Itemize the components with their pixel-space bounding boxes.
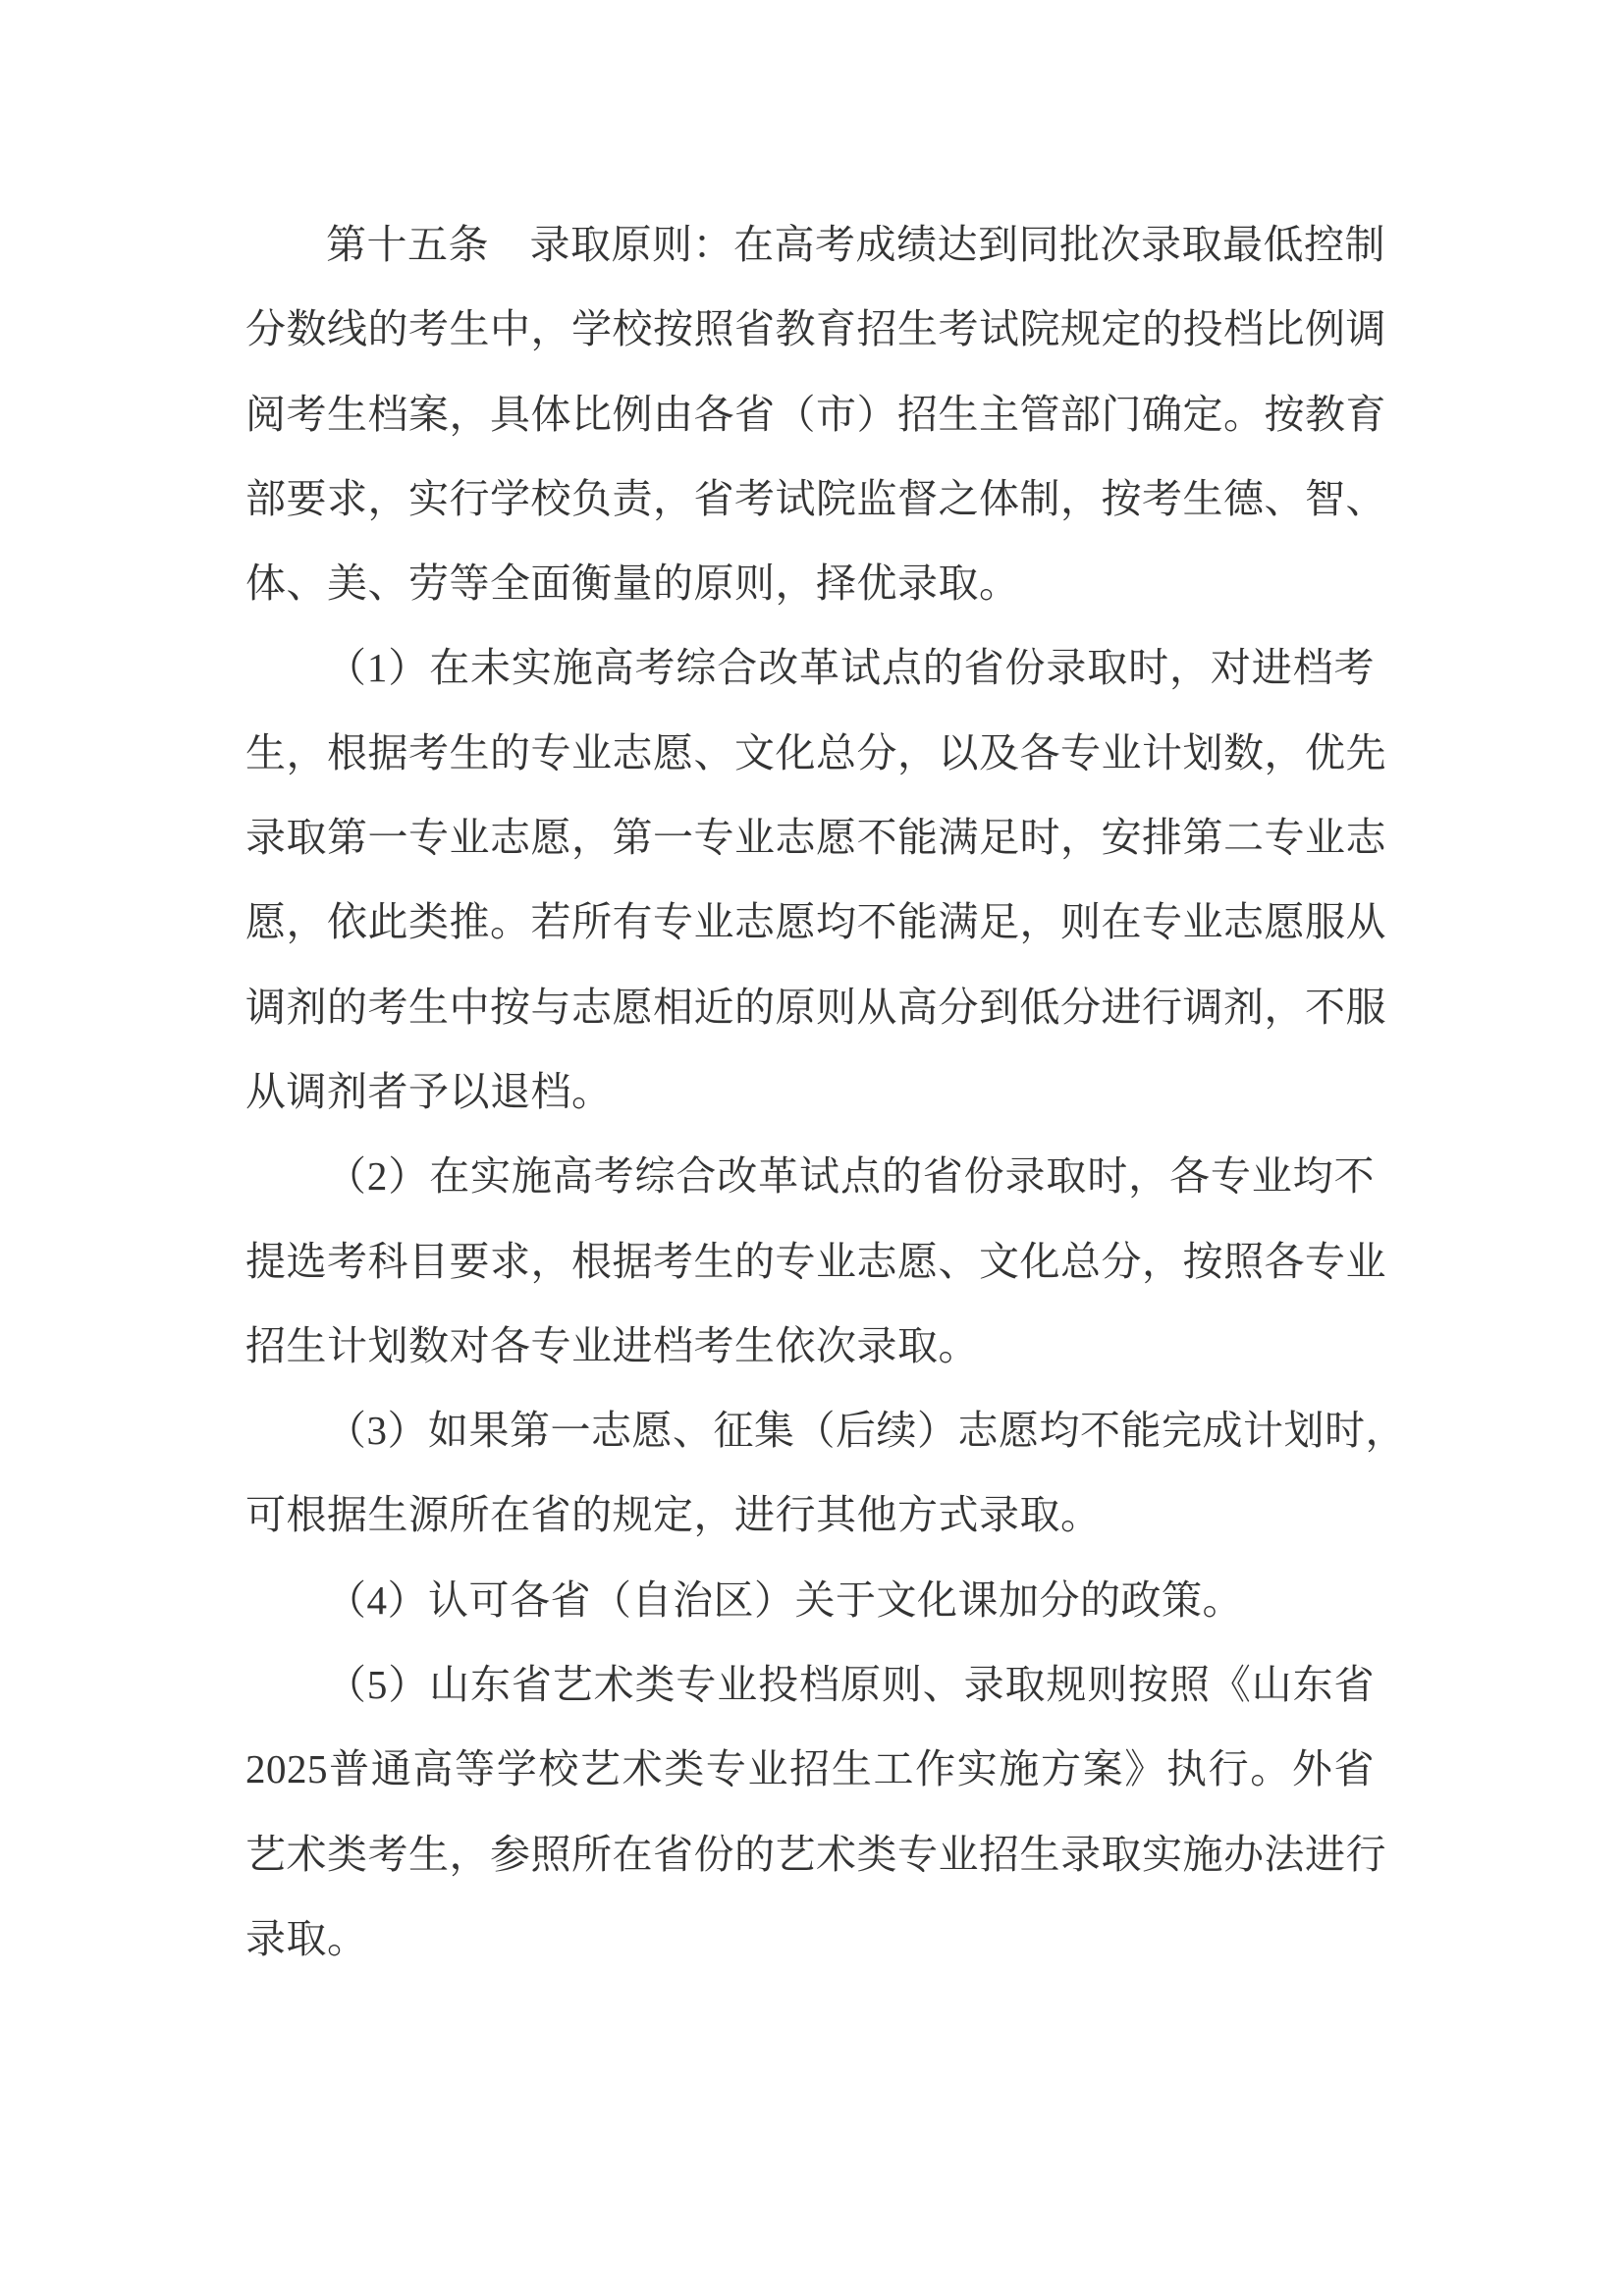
text-line: （1）在未实施高考综合改革试点的省份录取时，对进档考 xyxy=(245,625,1375,710)
document-page: 第十五条 录取原则：在高考成绩达到同批次录取最低控制 分数线的考生中，学校按照省… xyxy=(0,0,1623,2296)
text-line: 录取第一专业志愿，第一专业志愿不能满足时，安排第二专业志 xyxy=(245,795,1375,880)
text-line: 生，根据考生的专业志愿、文化总分，以及各专业计划数，优先 xyxy=(245,711,1375,795)
paragraph-item-2: （2）在实施高考综合改革试点的省份录取时，各专业均不 提选考科目要求，根据考生的… xyxy=(245,1134,1375,1388)
text-line: 提选考科目要求，根据考生的专业志愿、文化总分，按照各专业 xyxy=(245,1219,1375,1304)
text-line: 可根据生源所在省的规定，进行其他方式录取。 xyxy=(245,1472,1375,1557)
text-line: 调剂的考生中按与志愿相近的原则从高分到低分进行调剂，不服 xyxy=(245,965,1375,1049)
text-line: 体、美、劳等全面衡量的原则，择优录取。 xyxy=(245,541,1375,625)
text-line: （2）在实施高考综合改革试点的省份录取时，各专业均不 xyxy=(245,1134,1375,1218)
text-line: 艺术类考生，参照所在省份的艺术类专业招生录取实施办法进行 xyxy=(245,1812,1375,1896)
paragraph-item-5: （5）山东省艺术类专业投档原则、录取规则按照《山东省 2025普通高等学校艺术类… xyxy=(245,1642,1375,1981)
text-line: 招生计划数对各专业进档考生依次录取。 xyxy=(245,1304,1375,1388)
text-line: 录取。 xyxy=(245,1896,1375,1981)
text-line: 第十五条 录取原则：在高考成绩达到同批次录取最低控制 xyxy=(245,202,1375,287)
paragraph-item-3: （3）如果第一志愿、征集（后续）志愿均不能完成计划时， 可根据生源所在省的规定，… xyxy=(245,1388,1375,1558)
text-line: （3）如果第一志愿、征集（后续）志愿均不能完成计划时， xyxy=(245,1388,1375,1472)
paragraph-admission-principle: 第十五条 录取原则：在高考成绩达到同批次录取最低控制 分数线的考生中，学校按照省… xyxy=(245,202,1375,625)
document-text-block: 第十五条 录取原则：在高考成绩达到同批次录取最低控制 分数线的考生中，学校按照省… xyxy=(245,202,1375,1981)
text-line: （4）认可各省（自治区）关于文化课加分的政策。 xyxy=(245,1558,1375,1642)
text-line: 分数线的考生中，学校按照省教育招生考试院规定的投档比例调 xyxy=(245,287,1375,371)
text-line: （5）山东省艺术类专业投档原则、录取规则按照《山东省 xyxy=(245,1642,1375,1727)
text-line: 愿，依此类推。若所有专业志愿均不能满足，则在专业志愿服从 xyxy=(245,880,1375,964)
text-line: 从调剂者予以退档。 xyxy=(245,1049,1375,1134)
paragraph-item-1: （1）在未实施高考综合改革试点的省份录取时，对进档考 生，根据考生的专业志愿、文… xyxy=(245,625,1375,1134)
paragraph-item-4: （4）认可各省（自治区）关于文化课加分的政策。 xyxy=(245,1558,1375,1642)
text-line: 2025普通高等学校艺术类专业招生工作实施方案》执行。外省 xyxy=(245,1727,1375,1811)
text-line: 部要求，实行学校负责，省考试院监督之体制，按考生德、智、 xyxy=(245,456,1375,541)
text-line: 阅考生档案，具体比例由各省（市）招生主管部门确定。按教育 xyxy=(245,372,1375,456)
